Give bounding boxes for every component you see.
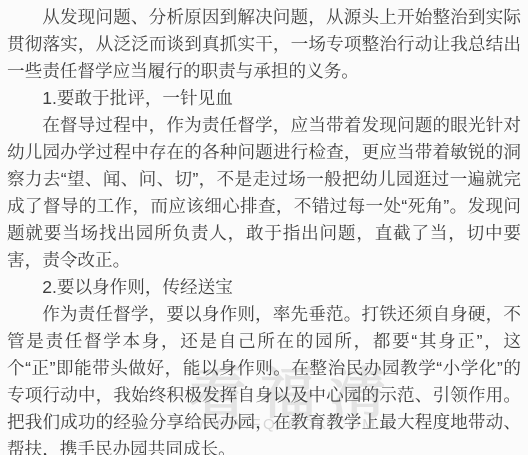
paragraph-intro: 从发现问题、分析原因到解决问题，从源头上开始整治到实际贯彻落实，从泛泛而谈到真抓…	[7, 4, 521, 85]
document-body: 从发现问题、分析原因到解决问题，从源头上开始整治到实际贯彻落实，从泛泛而谈到真抓…	[0, 0, 528, 455]
document-page: 看福清 WWW.FQLOOK.COM 从发现问题、分析原因到解决问题，从源头上开…	[0, 0, 528, 455]
paragraph-section-2-body: 作为责任督学，要以身作则，率先垂范。打铁还须自身硬，不管是责任督学本身，还是自己…	[7, 301, 521, 455]
paragraph-heading-1: 1.要敢于批评，一针见血	[7, 85, 521, 112]
paragraph-heading-2: 2.要以身作则，传经送宝	[7, 274, 521, 301]
paragraph-section-1-body: 在督导过程中，作为责任督学，应当带着发现问题的眼光针对幼儿园办学过程中存在的各种…	[7, 112, 521, 274]
